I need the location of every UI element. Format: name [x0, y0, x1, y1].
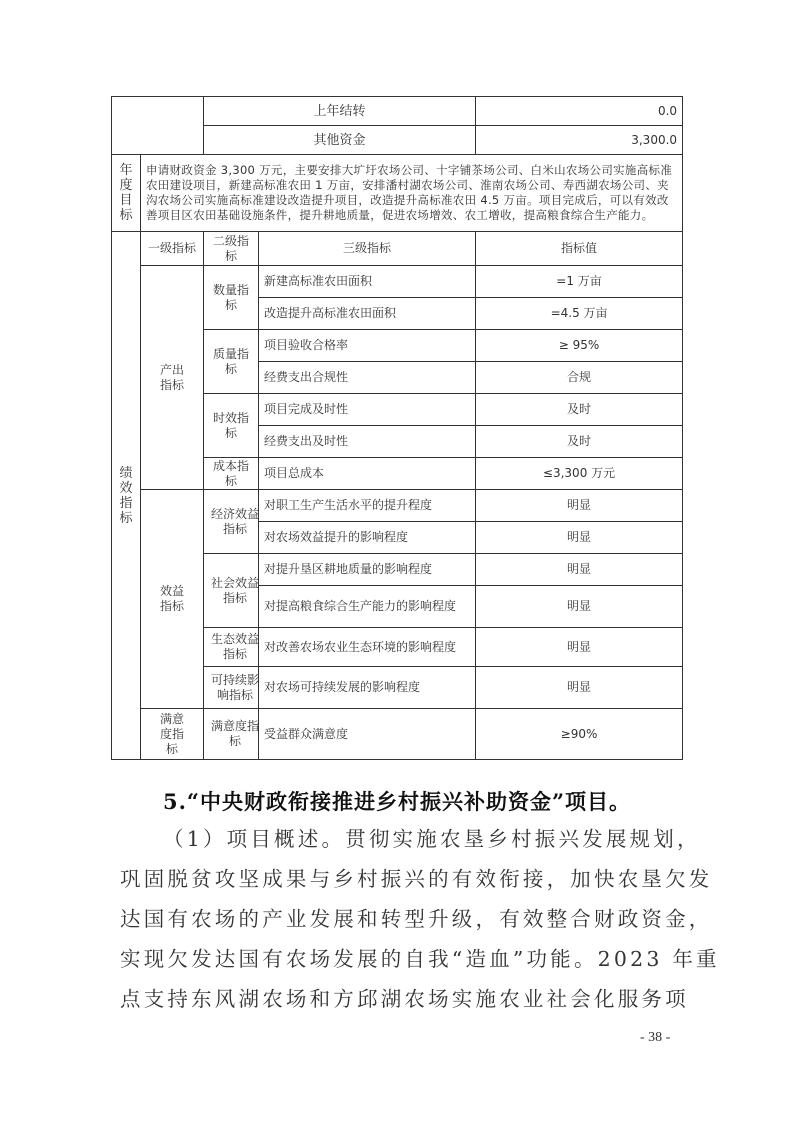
level2-cost: 成本指标	[204, 458, 259, 490]
level3-item: 对农场可持续发展的影响程度	[259, 667, 476, 709]
level1-benefit: 效益指标	[141, 490, 204, 709]
level2-timeliness: 时效指标	[204, 394, 259, 458]
indicator-value: 及时	[476, 394, 683, 426]
level3-item: 对农场效益提升的影响程度	[259, 522, 476, 554]
paragraph-line: 巩固脱贫攻坚成果与乡村振兴的有效衔接，加快农垦欠发	[120, 862, 680, 892]
funding-label: 其他资金	[204, 126, 476, 155]
annual-goal-row: 年 度 目 标 申请财政资金 3,300 万元，主要安排大圹圩农场公司、十字铺茶…	[112, 155, 683, 232]
level3-item: 经费支出及时性	[259, 426, 476, 458]
indicator-value: =1 万亩	[476, 266, 683, 298]
indicator-value: 明显	[476, 522, 683, 554]
level1-output: 产出指标	[141, 266, 204, 490]
indicator-value: 及时	[476, 426, 683, 458]
document-page: 上年结转 0.0 其他资金 3,300.0 年 度 目 标 申请财政资金 3,3…	[0, 0, 794, 1123]
paragraph-line: （1）项目概述。贯彻实施农垦乡村振兴发展规划，	[163, 822, 723, 852]
annual-goal-label: 年 度 目 标	[112, 155, 141, 232]
funding-label: 上年结转	[204, 97, 476, 126]
level3-item: 对提高粮食综合生产能力的影响程度	[259, 586, 476, 628]
level3-item: 对职工生产生活水平的提升程度	[259, 490, 476, 522]
page-number: - 38 -	[640, 1030, 670, 1046]
header-level2: 二级指标	[204, 232, 259, 266]
indicator-header-row: 绩效指标 一级指标 二级指标 三级指标 指标值	[112, 232, 683, 266]
level3-item: 改造提升高标准农田面积	[259, 298, 476, 330]
indicator-value: 明显	[476, 554, 683, 586]
funding-value: 0.0	[476, 97, 683, 126]
annual-goal-text: 申请财政资金 3,300 万元，主要安排大圹圩农场公司、十字铺茶场公司、白米山农…	[141, 155, 683, 232]
level3-item: 项目验收合格率	[259, 330, 476, 362]
indicator-value: ≥90%	[476, 709, 683, 760]
funding-value: 3,300.0	[476, 126, 683, 155]
level2-ecological: 生态效益指标	[204, 628, 259, 667]
funding-row: 上年结转 0.0	[112, 97, 683, 126]
level3-item: 经费支出合规性	[259, 362, 476, 394]
level3-item: 对改善农场农业生态环境的影响程度	[259, 628, 476, 667]
indicator-value: 明显	[476, 628, 683, 667]
header-value: 指标值	[476, 232, 683, 266]
level2-quality: 质量指标	[204, 330, 259, 394]
indicator-value: 明显	[476, 490, 683, 522]
indicator-value: 合规	[476, 362, 683, 394]
level3-item: 项目完成及时性	[259, 394, 476, 426]
performance-table: 上年结转 0.0 其他资金 3,300.0 年 度 目 标 申请财政资金 3,3…	[111, 96, 683, 760]
header-level3: 三级指标	[259, 232, 476, 266]
indicator-row: 产出指标 数量指标 新建高标准农田面积 =1 万亩	[112, 266, 683, 298]
indicator-value: 明显	[476, 586, 683, 628]
level2-sustainability: 可持续影响指标	[204, 667, 259, 709]
indicator-row: 效益指标 经济效益指标 对职工生产生活水平的提升程度 明显	[112, 490, 683, 522]
section-heading: 5.“中央财政衔接推进乡村振兴补助资金”项目。	[0, 786, 794, 816]
paragraph-line: 点支持东风湖农场和方邱湖农场实施农业社会化服务项	[120, 982, 680, 1012]
level2-quantity: 数量指标	[204, 266, 259, 330]
level1-satisfaction: 满意度指标	[141, 709, 204, 760]
header-level1: 一级指标	[141, 232, 204, 266]
performance-label: 绩效指标	[112, 232, 141, 760]
funding-blank-cell	[112, 97, 204, 155]
paragraph-line: 达国有农场的产业发展和转型升级，有效整合财政资金，	[120, 902, 680, 932]
level3-item: 新建高标准农田面积	[259, 266, 476, 298]
indicator-row: 满意度指标 满意度指标 受益群众满意度 ≥90%	[112, 709, 683, 760]
level2-satisfaction: 满意度指标	[204, 709, 259, 760]
level3-item: 对提升垦区耕地质量的影响程度	[259, 554, 476, 586]
indicator-value: ≤3,300 万元	[476, 458, 683, 490]
level3-item: 受益群众满意度	[259, 709, 476, 760]
level3-item: 项目总成本	[259, 458, 476, 490]
indicator-value: ≥ 95%	[476, 330, 683, 362]
level2-economic: 经济效益指标	[204, 490, 259, 554]
level2-social: 社会效益指标	[204, 554, 259, 628]
indicator-value: 明显	[476, 667, 683, 709]
indicator-value: =4.5 万亩	[476, 298, 683, 330]
paragraph-line: 实现欠发达国有农场发展的自我“造血”功能。2023 年重	[120, 942, 680, 972]
